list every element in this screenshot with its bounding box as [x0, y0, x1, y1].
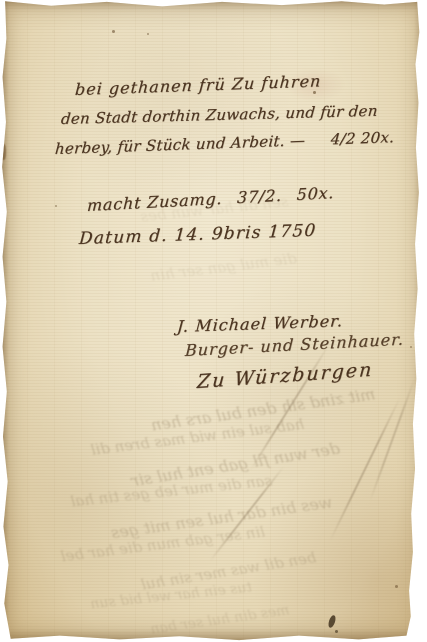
handwritten-line-2: den Stadt dorthin Zuwachs, und für den — [60, 102, 378, 128]
scan-background: { "scan": { "background_color": "#ffffff… — [0, 0, 427, 642]
handwritten-sum-line: macht Zusamg. 37/2. 50x. — [87, 183, 335, 215]
handwritten-line-1: bei gethanen frü Zu fuhren — [74, 71, 322, 99]
handwritten-date-line: Datum d. 14. 9bris 1750 — [78, 221, 317, 249]
signature-place-line: Zu Würzburgen — [196, 359, 374, 393]
recto-handwriting-layer: bei gethanen frü Zu fuhren den Stadt dor… — [0, 0, 427, 642]
manuscript-page: mit zind sih den bul ars hen hab sul ein… — [0, 0, 427, 642]
handwritten-line-3-with-amount: herbey, für Stück und Arbeit. — 4/2 20x. — [54, 128, 395, 158]
signature-name-line: J. Michael Werber. — [176, 311, 343, 336]
